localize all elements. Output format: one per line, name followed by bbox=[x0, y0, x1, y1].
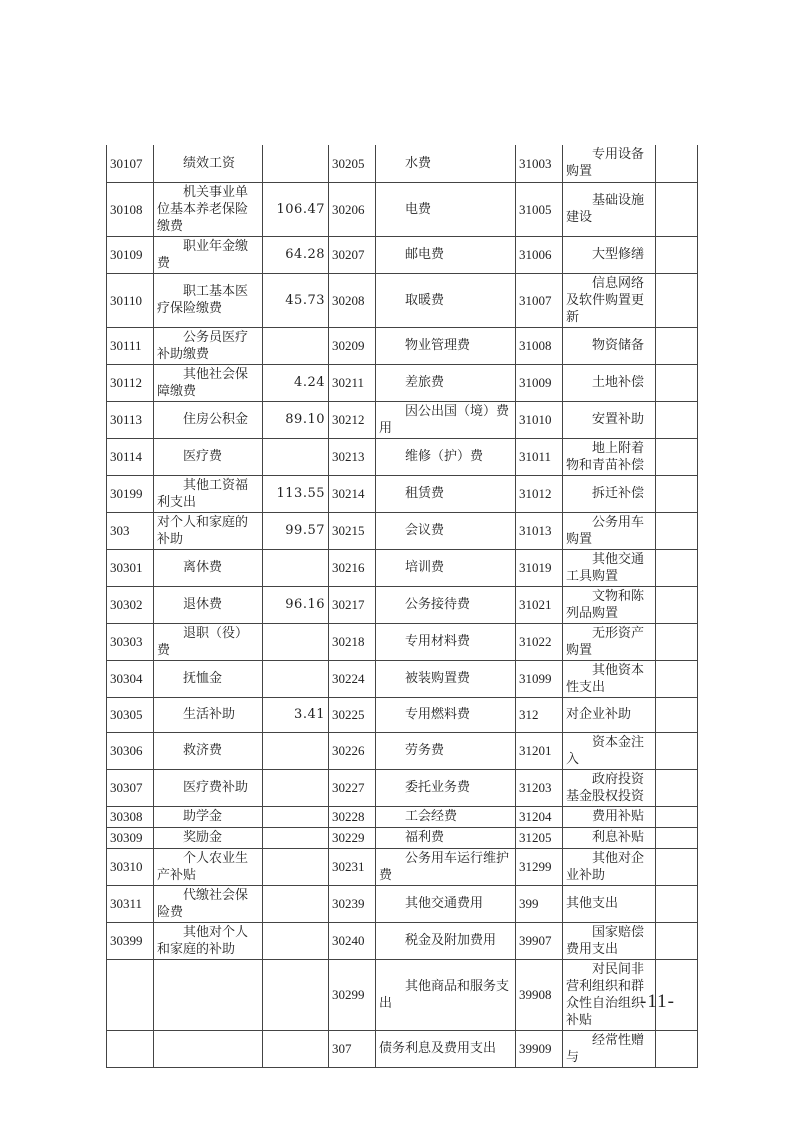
amount-cell bbox=[263, 885, 329, 922]
amount-cell bbox=[656, 922, 698, 959]
economic-code-cell: 31003 bbox=[516, 145, 563, 182]
amount-cell bbox=[263, 438, 329, 475]
economic-code-cell: 31299 bbox=[516, 848, 563, 885]
document-page: 30107绩效工资30205水费31003专用设备购置30108机关事业单位基本… bbox=[0, 0, 793, 1122]
item-name-cell-text: 公务员医疗补助缴费 bbox=[157, 329, 259, 363]
item-name-cell-text: 住房公积金 bbox=[157, 411, 259, 428]
item-name-cell: 其他对个人和家庭的补助 bbox=[154, 922, 263, 959]
item-name-cell-text: 信息网络及软件购置更新 bbox=[566, 275, 652, 326]
economic-code-cell: 30199 bbox=[107, 475, 154, 512]
table-row: 30309奖励金30229福利费31205利息补贴 bbox=[107, 827, 698, 848]
item-name-cell-text: 被装购置费 bbox=[379, 670, 512, 687]
economic-code-cell: 30302 bbox=[107, 586, 154, 623]
item-name-cell: 因公出国（境）费用 bbox=[376, 401, 516, 438]
item-name-cell: 政府投资基金股权投资 bbox=[563, 769, 656, 806]
amount-cell bbox=[263, 806, 329, 827]
item-name-cell-text: 对个人和家庭的补助 bbox=[157, 514, 259, 548]
item-name-cell: 其他对企业补助 bbox=[563, 848, 656, 885]
economic-code-cell: 30311 bbox=[107, 885, 154, 922]
amount-cell bbox=[656, 660, 698, 697]
economic-code-cell: 30226 bbox=[329, 732, 376, 769]
economic-code-cell: 30309 bbox=[107, 827, 154, 848]
item-name-cell: 奖励金 bbox=[154, 827, 263, 848]
economic-code-cell: 30305 bbox=[107, 697, 154, 732]
economic-code-cell: 39909 bbox=[516, 1030, 563, 1067]
amount-cell bbox=[656, 327, 698, 364]
expenditure-classification-table: 30107绩效工资30205水费31003专用设备购置30108机关事业单位基本… bbox=[106, 145, 698, 1068]
amount-cell bbox=[263, 732, 329, 769]
amount-cell bbox=[656, 848, 698, 885]
item-name-cell-text: 物资储备 bbox=[566, 337, 652, 354]
item-name-cell-text: 资本金注入 bbox=[566, 734, 652, 768]
item-name-cell-text: 个人农业生产补贴 bbox=[157, 850, 259, 884]
item-name-cell: 经常性赠与 bbox=[563, 1030, 656, 1067]
item-name-cell-text: 电费 bbox=[379, 201, 512, 218]
item-name-cell: 对个人和家庭的补助 bbox=[154, 512, 263, 549]
item-name-cell: 电费 bbox=[376, 182, 516, 236]
item-name-cell-text: 租赁费 bbox=[379, 485, 512, 502]
item-name-cell: 培训费 bbox=[376, 549, 516, 586]
economic-code-cell: 39907 bbox=[516, 922, 563, 959]
amount-cell: 113.55 bbox=[263, 475, 329, 512]
economic-code-cell: 30299 bbox=[329, 959, 376, 1030]
table-row: 30107绩效工资30205水费31003专用设备购置 bbox=[107, 145, 698, 182]
economic-code-cell: 30228 bbox=[329, 806, 376, 827]
amount-cell bbox=[656, 549, 698, 586]
economic-code-cell: 30107 bbox=[107, 145, 154, 182]
item-name-cell-text: 对企业补助 bbox=[566, 706, 652, 723]
economic-code-cell: 31204 bbox=[516, 806, 563, 827]
item-name-cell-text: 其他工资福利支出 bbox=[157, 477, 259, 511]
item-name-cell-text: 因公出国（境）费用 bbox=[379, 403, 512, 437]
item-name-cell: 地上附着物和青苗补偿 bbox=[563, 438, 656, 475]
item-name-cell-text: 取暖费 bbox=[379, 292, 512, 309]
item-name-cell-text: 会议费 bbox=[379, 522, 512, 539]
amount-cell bbox=[656, 623, 698, 660]
item-name-cell: 公务用车运行维护费 bbox=[376, 848, 516, 885]
amount-cell bbox=[656, 827, 698, 848]
economic-code-cell: 30110 bbox=[107, 273, 154, 327]
economic-code-cell: 30207 bbox=[329, 236, 376, 273]
item-name-cell-text: 救济费 bbox=[157, 742, 259, 759]
item-name-cell: 会议费 bbox=[376, 512, 516, 549]
item-name-cell: 专用燃料费 bbox=[376, 697, 516, 732]
table-row: 30108机关事业单位基本养老保险缴费106.4730206电费31005基础设… bbox=[107, 182, 698, 236]
economic-code-cell: 399 bbox=[516, 885, 563, 922]
amount-cell bbox=[263, 327, 329, 364]
amount-cell bbox=[656, 145, 698, 182]
table-row: 30199其他工资福利支出113.5530214租赁费31012拆迁补偿 bbox=[107, 475, 698, 512]
economic-code-cell: 30113 bbox=[107, 401, 154, 438]
table-row: 30308助学金30228工会经费31204费用补贴 bbox=[107, 806, 698, 827]
economic-code-cell: 30114 bbox=[107, 438, 154, 475]
amount-cell: 45.73 bbox=[263, 273, 329, 327]
economic-code-cell: 39908 bbox=[516, 959, 563, 1030]
economic-code-cell: 30231 bbox=[329, 848, 376, 885]
table-row: 30114医疗费30213维修（护）费31011地上附着物和青苗补偿 bbox=[107, 438, 698, 475]
economic-code-cell: 30303 bbox=[107, 623, 154, 660]
item-name-cell-text: 劳务费 bbox=[379, 742, 512, 759]
table-row: 30301离休费30216培训费31019其他交通工具购置 bbox=[107, 549, 698, 586]
economic-code-cell: 307 bbox=[329, 1030, 376, 1067]
amount-cell: 3.41 bbox=[263, 697, 329, 732]
economic-code-cell: 30306 bbox=[107, 732, 154, 769]
item-name-cell: 助学金 bbox=[154, 806, 263, 827]
amount-cell bbox=[263, 145, 329, 182]
item-name-cell-text: 大型修缮 bbox=[566, 246, 652, 263]
item-name-cell: 生活补助 bbox=[154, 697, 263, 732]
amount-cell bbox=[263, 769, 329, 806]
item-name-cell: 维修（护）费 bbox=[376, 438, 516, 475]
item-name-cell-text: 拆迁补偿 bbox=[566, 485, 652, 502]
item-name-cell-text: 生活补助 bbox=[157, 706, 259, 723]
item-name-cell: 职业年金缴费 bbox=[154, 236, 263, 273]
economic-code-cell: 31011 bbox=[516, 438, 563, 475]
item-name-cell: 资本金注入 bbox=[563, 732, 656, 769]
item-name-cell: 医疗费 bbox=[154, 438, 263, 475]
economic-code-cell: 30310 bbox=[107, 848, 154, 885]
item-name-cell: 物资储备 bbox=[563, 327, 656, 364]
item-name-cell-text: 机关事业单位基本养老保险缴费 bbox=[157, 184, 259, 235]
item-name-cell-text: 绩效工资 bbox=[157, 155, 259, 172]
item-name-cell: 职工基本医疗保险缴费 bbox=[154, 273, 263, 327]
table-row: 30310个人农业生产补贴30231公务用车运行维护费31299其他对企业补助 bbox=[107, 848, 698, 885]
item-name-cell-text: 委托业务费 bbox=[379, 779, 512, 796]
table-row: 30304抚恤金30224被装购置费31099其他资本性支出 bbox=[107, 660, 698, 697]
item-name-cell-text: 水费 bbox=[379, 155, 512, 172]
item-name-cell bbox=[154, 959, 263, 1030]
item-name-cell-text: 无形资产购置 bbox=[566, 625, 652, 659]
economic-code-cell: 31007 bbox=[516, 273, 563, 327]
item-name-cell-text: 职业年金缴费 bbox=[157, 238, 259, 272]
item-name-cell-text: 经常性赠与 bbox=[566, 1032, 652, 1066]
item-name-cell: 福利费 bbox=[376, 827, 516, 848]
economic-code-cell: 31005 bbox=[516, 182, 563, 236]
amount-cell bbox=[656, 806, 698, 827]
item-name-cell-text: 医疗费 bbox=[157, 448, 259, 465]
amount-cell bbox=[656, 438, 698, 475]
table-row: 30399其他对个人和家庭的补助30240税金及附加费用39907国家赔偿费用支… bbox=[107, 922, 698, 959]
economic-code-cell: 31012 bbox=[516, 475, 563, 512]
item-name-cell: 邮电费 bbox=[376, 236, 516, 273]
economic-code-cell: 31201 bbox=[516, 732, 563, 769]
economic-code-cell: 30399 bbox=[107, 922, 154, 959]
amount-cell bbox=[656, 182, 698, 236]
item-name-cell: 国家赔偿费用支出 bbox=[563, 922, 656, 959]
item-name-cell-text: 公务接待费 bbox=[379, 596, 512, 613]
economic-code-cell: 30209 bbox=[329, 327, 376, 364]
item-name-cell: 物业管理费 bbox=[376, 327, 516, 364]
item-name-cell: 专用材料费 bbox=[376, 623, 516, 660]
item-name-cell: 公务接待费 bbox=[376, 586, 516, 623]
economic-code-cell: 30109 bbox=[107, 236, 154, 273]
table-row: 30302退休费96.1630217公务接待费31021文物和陈列品购置 bbox=[107, 586, 698, 623]
economic-code-cell: 30308 bbox=[107, 806, 154, 827]
amount-cell: 96.16 bbox=[263, 586, 329, 623]
item-name-cell-text: 离休费 bbox=[157, 559, 259, 576]
table-row: 30109职业年金缴费64.2830207邮电费31006大型修缮 bbox=[107, 236, 698, 273]
economic-code-cell: 30111 bbox=[107, 327, 154, 364]
economic-code-cell: 30217 bbox=[329, 586, 376, 623]
item-name-cell-text: 维修（护）费 bbox=[379, 448, 512, 465]
economic-code-cell: 30227 bbox=[329, 769, 376, 806]
item-name-cell-text: 安置补助 bbox=[566, 411, 652, 428]
item-name-cell: 其他社会保障缴费 bbox=[154, 364, 263, 401]
item-name-cell-text: 其他商品和服务支出 bbox=[379, 978, 512, 1012]
item-name-cell: 委托业务费 bbox=[376, 769, 516, 806]
table-row: 30306救济费30226劳务费31201资本金注入 bbox=[107, 732, 698, 769]
item-name-cell-text: 福利费 bbox=[379, 829, 512, 846]
item-name-cell: 抚恤金 bbox=[154, 660, 263, 697]
item-name-cell-text: 退职（役）费 bbox=[157, 625, 259, 659]
economic-code-cell: 30205 bbox=[329, 145, 376, 182]
item-name-cell: 其他支出 bbox=[563, 885, 656, 922]
item-name-cell: 租赁费 bbox=[376, 475, 516, 512]
economic-code-cell: 30301 bbox=[107, 549, 154, 586]
economic-code-cell: 30208 bbox=[329, 273, 376, 327]
table-row: 307债务利息及费用支出39909经常性赠与 bbox=[107, 1030, 698, 1067]
amount-cell: 4.24 bbox=[263, 364, 329, 401]
item-name-cell: 利息补贴 bbox=[563, 827, 656, 848]
amount-cell bbox=[263, 1030, 329, 1067]
economic-code-cell: 30213 bbox=[329, 438, 376, 475]
item-name-cell: 绩效工资 bbox=[154, 145, 263, 182]
amount-cell bbox=[656, 236, 698, 273]
economic-code-cell bbox=[107, 1030, 154, 1067]
amount-cell bbox=[263, 549, 329, 586]
item-name-cell: 机关事业单位基本养老保险缴费 bbox=[154, 182, 263, 236]
economic-code-cell: 30214 bbox=[329, 475, 376, 512]
item-name-cell: 拆迁补偿 bbox=[563, 475, 656, 512]
item-name-cell: 其他资本性支出 bbox=[563, 660, 656, 697]
amount-cell bbox=[656, 885, 698, 922]
table-row: 30112其他社会保障缴费4.2430211差旅费31009土地补偿 bbox=[107, 364, 698, 401]
item-name-cell: 救济费 bbox=[154, 732, 263, 769]
economic-code-cell: 31006 bbox=[516, 236, 563, 273]
economic-code-cell: 30112 bbox=[107, 364, 154, 401]
economic-code-cell: 30215 bbox=[329, 512, 376, 549]
economic-code-cell: 30239 bbox=[329, 885, 376, 922]
item-name-cell-text: 其他交通工具购置 bbox=[566, 551, 652, 585]
amount-cell bbox=[263, 827, 329, 848]
item-name-cell: 对企业补助 bbox=[563, 697, 656, 732]
item-name-cell-text: 文物和陈列品购置 bbox=[566, 588, 652, 622]
item-name-cell-text: 债务利息及费用支出 bbox=[379, 1040, 512, 1057]
amount-cell bbox=[656, 512, 698, 549]
item-name-cell-text: 邮电费 bbox=[379, 246, 512, 263]
item-name-cell: 安置补助 bbox=[563, 401, 656, 438]
amount-cell bbox=[656, 586, 698, 623]
item-name-cell: 文物和陈列品购置 bbox=[563, 586, 656, 623]
economic-code-cell: 30206 bbox=[329, 182, 376, 236]
item-name-cell-text: 其他社会保障缴费 bbox=[157, 366, 259, 400]
item-name-cell: 住房公积金 bbox=[154, 401, 263, 438]
item-name-cell: 个人农业生产补贴 bbox=[154, 848, 263, 885]
item-name-cell-text: 奖励金 bbox=[157, 829, 259, 846]
table-row: 30311代缴社会保险费30239其他交通费用399其他支出 bbox=[107, 885, 698, 922]
item-name-cell-text: 利息补贴 bbox=[566, 829, 652, 846]
item-name-cell-text: 助学金 bbox=[157, 808, 259, 825]
economic-code-cell: 31022 bbox=[516, 623, 563, 660]
item-name-cell-text: 工会经费 bbox=[379, 808, 512, 825]
economic-code-cell: 30225 bbox=[329, 697, 376, 732]
item-name-cell: 退休费 bbox=[154, 586, 263, 623]
item-name-cell-text: 政府投资基金股权投资 bbox=[566, 771, 652, 805]
amount-cell bbox=[656, 1030, 698, 1067]
economic-code-cell: 31021 bbox=[516, 586, 563, 623]
economic-code-cell: 30218 bbox=[329, 623, 376, 660]
item-name-cell-text: 抚恤金 bbox=[157, 670, 259, 687]
item-name-cell: 专用设备购置 bbox=[563, 145, 656, 182]
item-name-cell-text: 基础设施建设 bbox=[566, 192, 652, 226]
economic-code-cell: 30240 bbox=[329, 922, 376, 959]
item-name-cell-text: 物业管理费 bbox=[379, 337, 512, 354]
item-name-cell-text: 差旅费 bbox=[379, 374, 512, 391]
economic-code-cell: 30108 bbox=[107, 182, 154, 236]
economic-code-cell: 30307 bbox=[107, 769, 154, 806]
item-name-cell-text: 专用设备购置 bbox=[566, 146, 652, 180]
page-number: -11- bbox=[640, 991, 675, 1013]
economic-code-cell: 31008 bbox=[516, 327, 563, 364]
item-name-cell: 税金及附加费用 bbox=[376, 922, 516, 959]
economic-code-cell: 31203 bbox=[516, 769, 563, 806]
table-row: 30303退职（役）费30218专用材料费31022无形资产购置 bbox=[107, 623, 698, 660]
amount-cell: 99.57 bbox=[263, 512, 329, 549]
item-name-cell-text: 其他交通费用 bbox=[379, 895, 512, 912]
economic-code-cell: 31099 bbox=[516, 660, 563, 697]
item-name-cell-text: 职工基本医疗保险缴费 bbox=[157, 283, 259, 317]
economic-code-cell: 31013 bbox=[516, 512, 563, 549]
item-name-cell: 代缴社会保险费 bbox=[154, 885, 263, 922]
table-body: 30107绩效工资30205水费31003专用设备购置30108机关事业单位基本… bbox=[107, 145, 698, 1067]
item-name-cell: 公务用车购置 bbox=[563, 512, 656, 549]
amount-cell bbox=[263, 922, 329, 959]
item-name-cell: 工会经费 bbox=[376, 806, 516, 827]
table-row: 30110职工基本医疗保险缴费45.7330208取暖费31007信息网络及软件… bbox=[107, 273, 698, 327]
item-name-cell-text: 地上附着物和青苗补偿 bbox=[566, 440, 652, 474]
table-row: 30307医疗费补助30227委托业务费31203政府投资基金股权投资 bbox=[107, 769, 698, 806]
item-name-cell-text: 其他支出 bbox=[566, 895, 652, 912]
item-name-cell: 其他交通工具购置 bbox=[563, 549, 656, 586]
economic-code-cell: 31205 bbox=[516, 827, 563, 848]
item-name-cell-text: 其他对企业补助 bbox=[566, 850, 652, 884]
item-name-cell: 差旅费 bbox=[376, 364, 516, 401]
economic-code-cell: 31019 bbox=[516, 549, 563, 586]
item-name-cell-text: 培训费 bbox=[379, 559, 512, 576]
economic-code-cell: 30216 bbox=[329, 549, 376, 586]
item-name-cell-text: 费用补贴 bbox=[566, 808, 652, 825]
item-name-cell: 土地补偿 bbox=[563, 364, 656, 401]
table-row: 30305生活补助3.4130225专用燃料费312对企业补助 bbox=[107, 697, 698, 732]
item-name-cell-text: 退休费 bbox=[157, 596, 259, 613]
economic-code-cell: 30224 bbox=[329, 660, 376, 697]
item-name-cell: 水费 bbox=[376, 145, 516, 182]
item-name-cell-text: 税金及附加费用 bbox=[379, 932, 512, 949]
item-name-cell: 公务员医疗补助缴费 bbox=[154, 327, 263, 364]
table-row: 303对个人和家庭的补助99.5730215会议费31013公务用车购置 bbox=[107, 512, 698, 549]
amount-cell bbox=[263, 623, 329, 660]
table-row: 30299其他商品和服务支出39908对民间非营利组织和群众性自治组织补贴 bbox=[107, 959, 698, 1030]
economic-code-cell: 31009 bbox=[516, 364, 563, 401]
amount-cell bbox=[263, 660, 329, 697]
item-name-cell: 大型修缮 bbox=[563, 236, 656, 273]
economic-code-cell: 30211 bbox=[329, 364, 376, 401]
amount-cell bbox=[656, 697, 698, 732]
item-name-cell-text: 土地补偿 bbox=[566, 374, 652, 391]
economic-code-cell: 30212 bbox=[329, 401, 376, 438]
item-name-cell-text: 代缴社会保险费 bbox=[157, 887, 259, 921]
economic-code-cell bbox=[107, 959, 154, 1030]
item-name-cell-text: 公务用车购置 bbox=[566, 514, 652, 548]
item-name-cell: 离休费 bbox=[154, 549, 263, 586]
amount-cell: 106.47 bbox=[263, 182, 329, 236]
item-name-cell-text: 专用燃料费 bbox=[379, 706, 512, 723]
item-name-cell: 信息网络及软件购置更新 bbox=[563, 273, 656, 327]
item-name-cell: 其他交通费用 bbox=[376, 885, 516, 922]
item-name-cell: 无形资产购置 bbox=[563, 623, 656, 660]
item-name-cell: 退职（役）费 bbox=[154, 623, 263, 660]
table-row: 30113住房公积金89.1030212因公出国（境）费用31010安置补助 bbox=[107, 401, 698, 438]
item-name-cell bbox=[154, 1030, 263, 1067]
item-name-cell-text: 其他资本性支出 bbox=[566, 662, 652, 696]
item-name-cell: 劳务费 bbox=[376, 732, 516, 769]
amount-cell bbox=[263, 848, 329, 885]
item-name-cell: 其他商品和服务支出 bbox=[376, 959, 516, 1030]
item-name-cell-text: 其他对个人和家庭的补助 bbox=[157, 924, 259, 958]
item-name-cell: 基础设施建设 bbox=[563, 182, 656, 236]
item-name-cell: 债务利息及费用支出 bbox=[376, 1030, 516, 1067]
economic-code-cell: 30229 bbox=[329, 827, 376, 848]
item-name-cell-text: 专用材料费 bbox=[379, 633, 512, 650]
item-name-cell-text: 国家赔偿费用支出 bbox=[566, 924, 652, 958]
economic-code-cell: 312 bbox=[516, 697, 563, 732]
amount-cell bbox=[656, 364, 698, 401]
table-row: 30111公务员医疗补助缴费30209物业管理费31008物资储备 bbox=[107, 327, 698, 364]
economic-code-cell: 303 bbox=[107, 512, 154, 549]
amount-cell bbox=[656, 273, 698, 327]
item-name-cell: 医疗费补助 bbox=[154, 769, 263, 806]
item-name-cell: 费用补贴 bbox=[563, 806, 656, 827]
amount-cell bbox=[656, 732, 698, 769]
item-name-cell: 被装购置费 bbox=[376, 660, 516, 697]
item-name-cell-text: 医疗费补助 bbox=[157, 779, 259, 796]
amount-cell bbox=[656, 769, 698, 806]
item-name-cell-text: 公务用车运行维护费 bbox=[379, 850, 512, 884]
amount-cell bbox=[656, 475, 698, 512]
amount-cell: 89.10 bbox=[263, 401, 329, 438]
amount-cell: 64.28 bbox=[263, 236, 329, 273]
amount-cell bbox=[263, 959, 329, 1030]
economic-code-cell: 31010 bbox=[516, 401, 563, 438]
amount-cell bbox=[656, 401, 698, 438]
item-name-cell: 取暖费 bbox=[376, 273, 516, 327]
item-name-cell: 其他工资福利支出 bbox=[154, 475, 263, 512]
economic-code-cell: 30304 bbox=[107, 660, 154, 697]
